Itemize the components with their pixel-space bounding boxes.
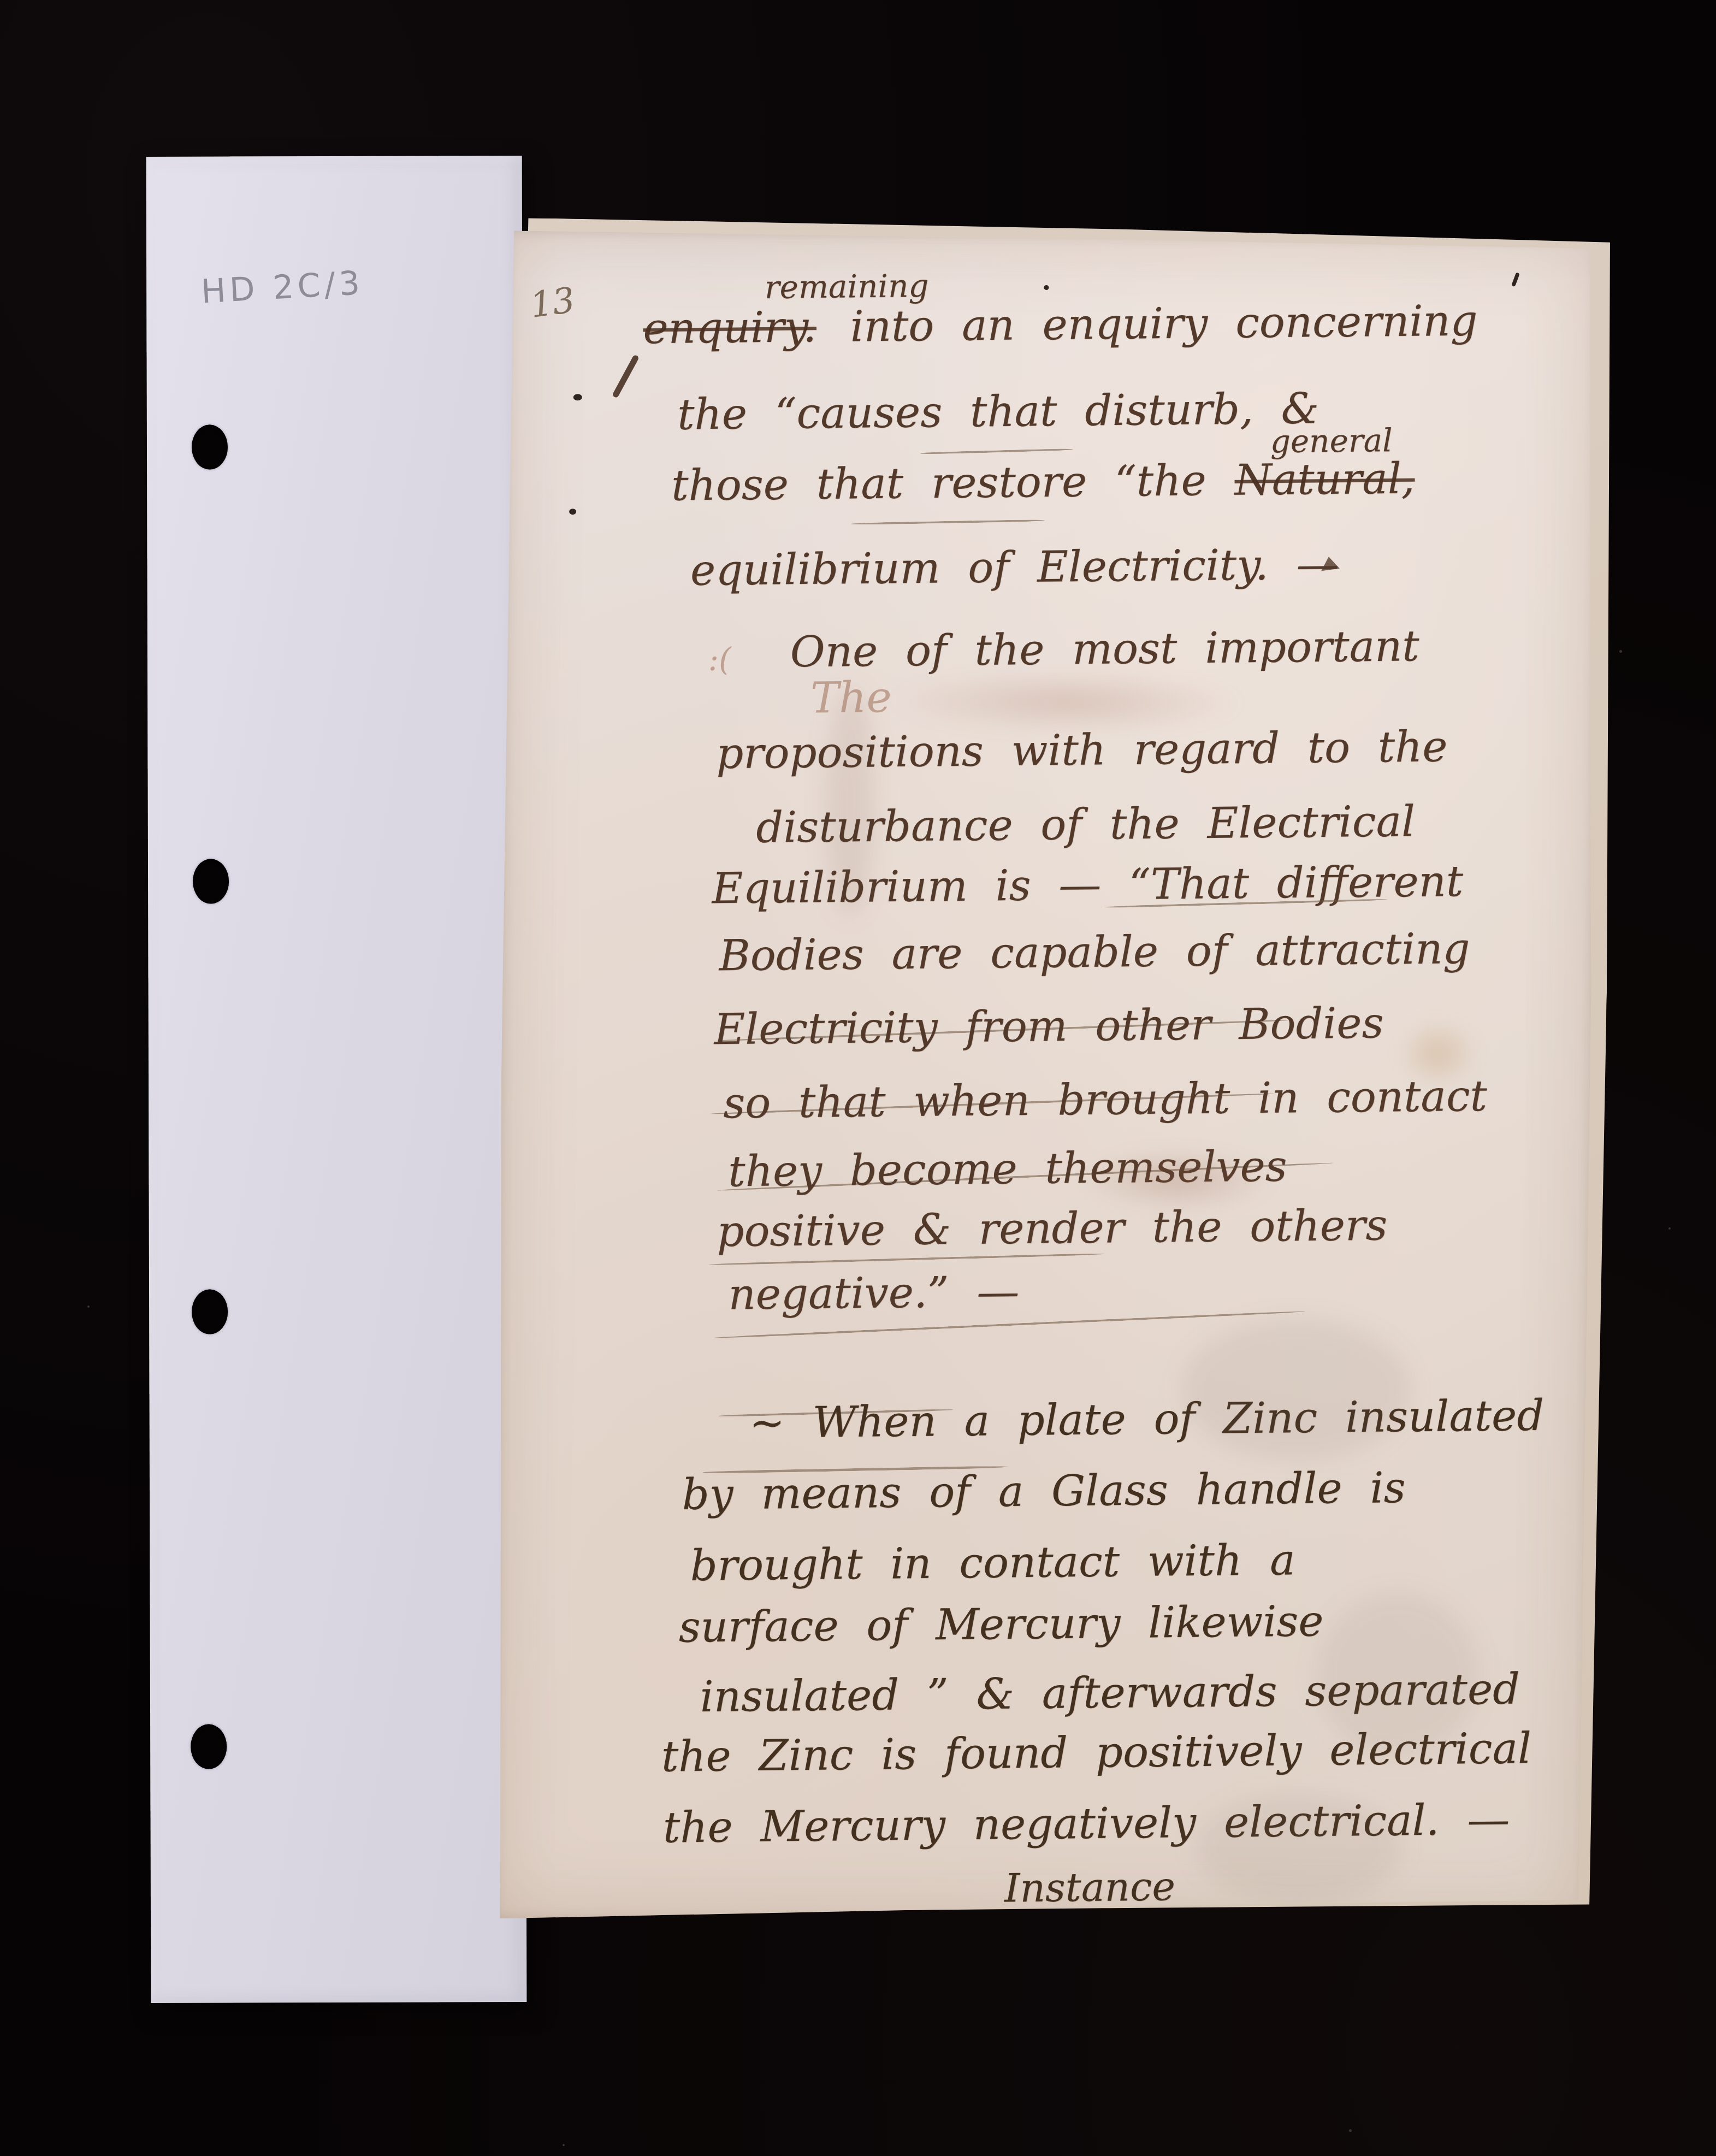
- manuscript-page: 13 remaining enquiry.into an enquiry con…: [495, 231, 1597, 1927]
- strip-pencil-label: HD 2C/3: [200, 267, 365, 308]
- manuscript-line: Bodies are capable of attracting: [719, 927, 1470, 979]
- interline-general: general: [1270, 424, 1393, 458]
- manuscript-line: One of the most important: [790, 624, 1419, 675]
- punch-hole: [193, 859, 229, 904]
- page-number: 13: [528, 283, 577, 323]
- manuscript-line: propositions with regard to the: [716, 725, 1448, 777]
- line-text: into an enquiry concerning: [850, 296, 1478, 351]
- punch-hole: [192, 425, 228, 470]
- dust-speck: [87, 1306, 90, 1308]
- punch-hole: [192, 1290, 228, 1334]
- manuscript-line: Equilibrium is — “That different: [712, 860, 1464, 912]
- pen-tick: [1511, 272, 1520, 287]
- photo-background: HD 2C/3 13 remaining enquiry.into an enq…: [0, 0, 1716, 2156]
- interline-remaining: remaining: [765, 269, 929, 304]
- manuscript-line: ~ When a plate of Zinc insulated: [749, 1394, 1544, 1446]
- ink-blot: [569, 509, 576, 515]
- insertion-caret-mark: [612, 354, 640, 398]
- manuscript-line: those that restore “theNatural,: [671, 457, 1415, 509]
- dust-speck: [1668, 1227, 1671, 1230]
- dust-speck: [1619, 650, 1622, 653]
- pencil-underline: [851, 519, 1045, 525]
- manuscript-line: so that when brought in contact: [723, 1074, 1487, 1126]
- dust-speck: [563, 2144, 565, 2146]
- catchword-underline: [986, 1916, 1172, 1936]
- manuscript-line: negative.” —: [728, 1270, 1020, 1318]
- punch-hole: [191, 1724, 227, 1769]
- manuscript-line: enquiry.into an enquiry concerning: [643, 299, 1478, 352]
- manuscript-line: brought in contact with a: [690, 1538, 1295, 1589]
- pencil-underline: [920, 448, 1073, 455]
- show-through: [1194, 1793, 1403, 1904]
- manuscript-line: Electricity from other Bodies: [714, 1001, 1384, 1053]
- pen-marks: :(: [708, 643, 731, 676]
- paper-stain: [1397, 1018, 1480, 1089]
- show-through: [1181, 1318, 1412, 1461]
- manuscript-line: surface of Mercury likewise: [678, 1599, 1324, 1650]
- ink-blot: [1044, 285, 1049, 290]
- manuscript-line: positive & render the others: [717, 1203, 1388, 1255]
- line-text: Equilibrium is — “: [712, 860, 1151, 913]
- dust-speck: [1349, 2129, 1352, 2132]
- ink-blot: [573, 394, 582, 400]
- line-text: those that restore “the: [671, 456, 1206, 510]
- catchword: Instance: [1004, 1866, 1176, 1909]
- manuscript-line: the “causes that disturb, &: [677, 387, 1319, 438]
- manuscript-line: by means of a Glass handle is: [682, 1466, 1406, 1518]
- struck-word-enquiry: enquiry.: [643, 303, 816, 353]
- manuscript-line: disturbance of the Electrical: [756, 800, 1415, 850]
- show-through: [1315, 1592, 1480, 1757]
- archive-strip: HD 2C/3: [146, 156, 527, 2003]
- struck-word-natural: Natural,: [1234, 454, 1415, 505]
- manuscript-line: equilibrium of Electricity. —: [690, 542, 1339, 593]
